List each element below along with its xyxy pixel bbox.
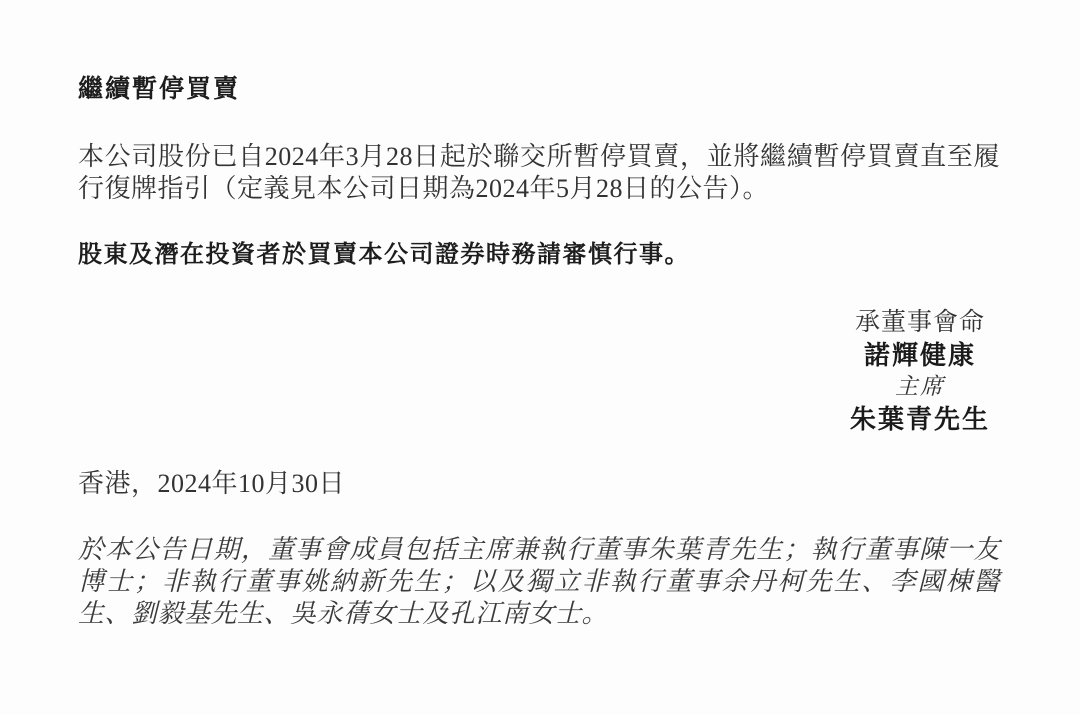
section-heading: 繼續暫停買賣 bbox=[78, 73, 1000, 105]
signer-title: 主席 bbox=[850, 371, 990, 403]
signature-block: 承董事會命 諾輝健康 主席 朱葉青先生 bbox=[850, 307, 990, 435]
announcement-page: 繼續暫停買賣 本公司股份已自2024年3月28日起於聯交所暫停買賣，並將繼續暫停… bbox=[0, 0, 1080, 715]
suspension-paragraph: 本公司股份已自2024年3月28日起於聯交所暫停買賣，並將繼續暫停買賣直至履行復… bbox=[78, 141, 1000, 205]
company-name: 諾輝健康 bbox=[850, 339, 990, 371]
signer-name: 朱葉青先生 bbox=[850, 403, 990, 435]
by-order-of-board-line: 承董事會命 bbox=[850, 307, 990, 339]
place-and-date-line: 香港，2024年10月30日 bbox=[78, 468, 1000, 500]
board-composition-note: 於本公告日期，董事會成員包括主席兼執行董事朱葉青先生；執行董事陳一友博士；非執行… bbox=[78, 534, 1000, 630]
warning-statement: 股東及潛在投資者於買賣本公司證券時務請審慎行事。 bbox=[78, 239, 1000, 271]
